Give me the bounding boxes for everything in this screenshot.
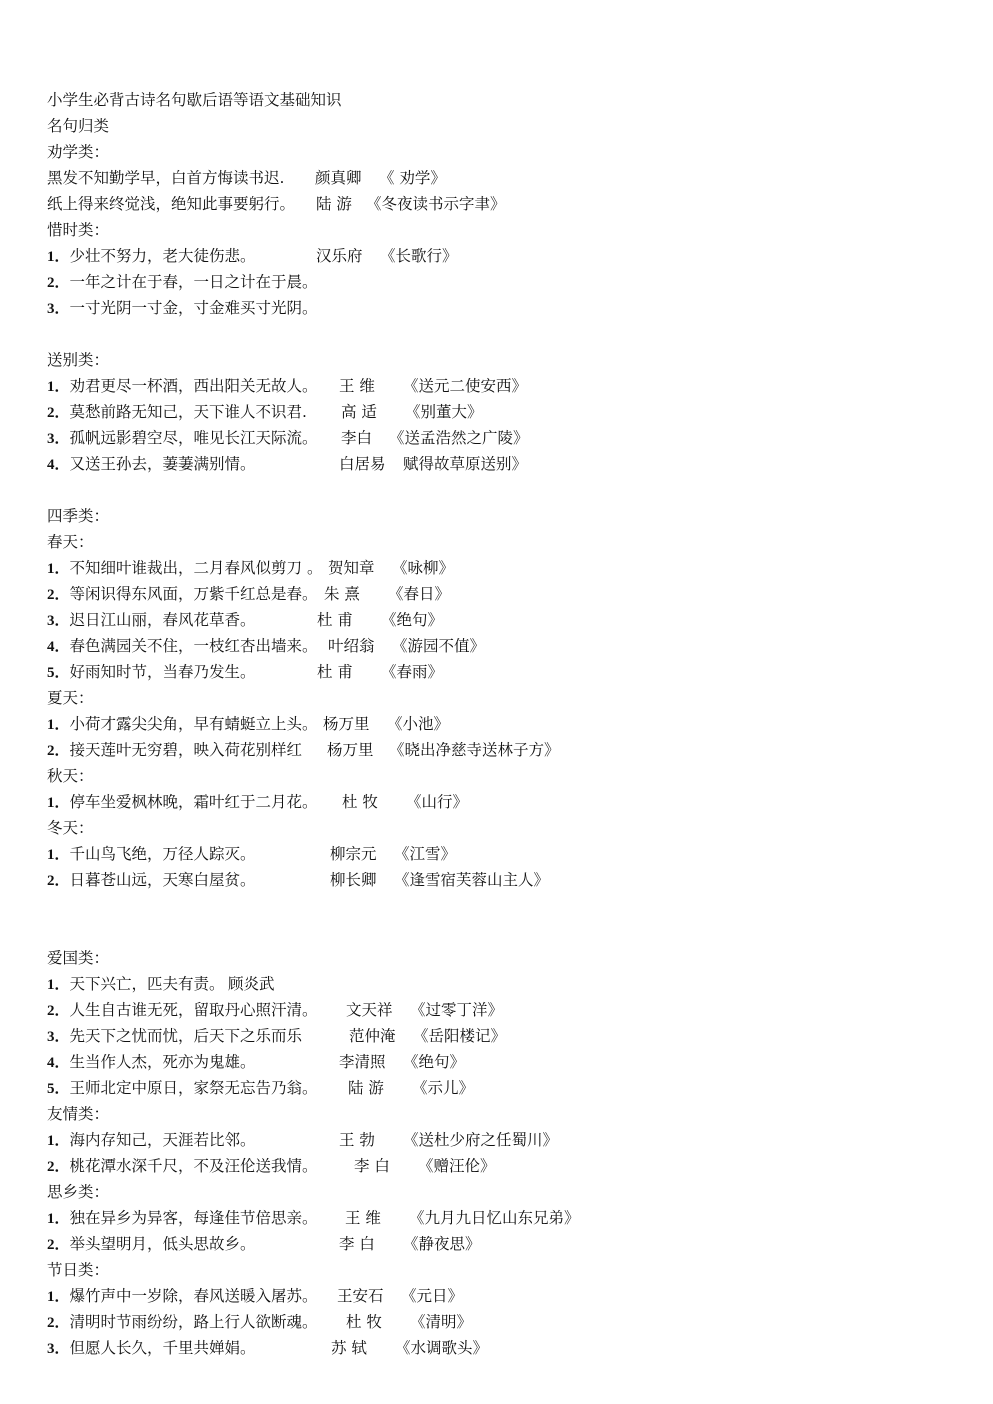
item-number: 2． xyxy=(47,1003,70,1019)
author-name: 杜 牧 xyxy=(346,1310,382,1334)
poem-line: 黑发不知勤学早，白首方悔读书迟.颜真卿《 劝学》 xyxy=(47,166,284,190)
author-name: 叶绍翁 xyxy=(328,634,375,658)
author-name: 杜 甫 xyxy=(317,660,353,684)
item-number: 4． xyxy=(47,457,70,473)
verse-text: 桃花潭水深千尺，不及汪伦送我情。 xyxy=(70,1157,318,1175)
heading-text: 送别类： xyxy=(47,351,109,369)
heading-text: 友情类： xyxy=(47,1105,109,1123)
heading-text: 节日类： xyxy=(47,1261,109,1279)
section-heading: 四季类： xyxy=(47,504,109,528)
poem-line: 纸上得来终觉浅，绝知此事要躬行。陆 游《冬夜读书示字聿》 xyxy=(47,192,295,216)
work-title: 《逢雪宿芙蓉山主人》 xyxy=(394,868,549,892)
subsection-heading: 春天： xyxy=(47,530,94,554)
verse-text: 少壮不努力，老大徒伤悲。 xyxy=(70,247,256,265)
work-title: 《冬夜读书示字聿》 xyxy=(366,192,506,216)
item-number: 2． xyxy=(47,873,70,889)
section-heading: 节日类： xyxy=(47,1258,109,1282)
author-name: 柳宗元 xyxy=(330,842,377,866)
item-number: 3． xyxy=(47,431,70,447)
author-name: 白居易 xyxy=(339,452,386,476)
verse-text: 劝君更尽一杯酒，西出阳关无故人。 xyxy=(70,377,318,395)
verse-text: 等闲识得东风面，万紫千红总是春。 xyxy=(70,585,318,603)
author-name: 杜 甫 xyxy=(317,608,353,632)
item-number: 2． xyxy=(47,587,70,603)
item-number: 1． xyxy=(47,379,70,395)
item-number: 1． xyxy=(47,847,70,863)
work-title: 《送杜少府之任蜀川》 xyxy=(403,1128,558,1152)
poem-line: 1．少壮不努力，老大徒伤悲。汉乐府《长歌行》 xyxy=(47,244,256,268)
heading-text: 爱国类： xyxy=(47,949,109,967)
item-number: 1． xyxy=(47,561,70,577)
work-title: 《别董大》 xyxy=(405,400,483,424)
verse-text: 一年之计在于春，一日之计在于晨。 xyxy=(70,273,318,291)
item-number: 2． xyxy=(47,1159,70,1175)
subsection-heading: 冬天： xyxy=(47,816,94,840)
poem-line: 3．但愿人长久，千里共婵娟。苏 轼《水调歌头》 xyxy=(47,1336,256,1360)
item-number: 3． xyxy=(47,301,70,317)
poem-line: 1．独在异乡为异客，每逢佳节倍思亲。王 维《九月九日忆山东兄弟》 xyxy=(47,1206,318,1230)
poem-line: 2．日暮苍山远，天寒白屋贫。柳长卿《逢雪宿芙蓉山主人》 xyxy=(47,868,256,892)
author-name: 苏 轼 xyxy=(331,1336,367,1360)
work-title: 《春雨》 xyxy=(381,660,443,684)
work-title: 《送元二使安西》 xyxy=(403,374,527,398)
work-title: 《清明》 xyxy=(410,1310,472,1334)
section-heading: 送别类： xyxy=(47,348,109,372)
poem-line: 1．海内存知己，天涯若比邻。王 勃《送杜少府之任蜀川》 xyxy=(47,1128,256,1152)
author-name: 李 白 xyxy=(339,1232,375,1256)
poem-line: 3．迟日江山丽，春风花草香。杜 甫《绝句》 xyxy=(47,608,256,632)
verse-text: 千山鸟飞绝，万径人踪灭。 xyxy=(70,845,256,863)
work-title: 赋得故草原送别》 xyxy=(403,452,527,476)
subtitle: 名句归类 xyxy=(47,114,109,138)
item-number: 1． xyxy=(47,1211,70,1227)
heading-text: 四季类： xyxy=(47,507,109,525)
section-heading: 思乡类： xyxy=(47,1180,109,1204)
verse-text: 孤帆远影碧空尽，唯见长江天际流。 xyxy=(70,429,318,447)
item-number: 1． xyxy=(47,977,70,993)
item-number: 2． xyxy=(47,405,70,421)
verse-text: 王师北定中原日，家祭无忘告乃翁。 xyxy=(70,1079,318,1097)
poem-line: 1．停车坐爱枫林晚，霜叶红于二月花。杜 牧《山行》 xyxy=(47,790,318,814)
verse-text: 好雨知时节，当春乃发生。 xyxy=(70,663,256,681)
author-name: 贺知章 xyxy=(328,556,375,580)
work-title: 《静夜思》 xyxy=(403,1232,481,1256)
item-number: 1． xyxy=(47,717,70,733)
poem-line: 2．等闲识得东风面，万紫千红总是春。朱 熹《春日》 xyxy=(47,582,318,606)
verse-text: 黑发不知勤学早，白首方悔读书迟. xyxy=(47,169,284,187)
author-name: 陆 游 xyxy=(316,192,352,216)
section-heading: 惜时类： xyxy=(47,218,109,242)
verse-text: 独在异乡为异客，每逢佳节倍思亲。 xyxy=(70,1209,318,1227)
work-title: 《绝句》 xyxy=(403,1050,465,1074)
poem-line: 1．小荷才露尖尖角，早有蜻蜓立上头。杨万里《小池》 xyxy=(47,712,318,736)
work-title: 《九月九日忆山东兄弟》 xyxy=(409,1206,580,1230)
author-name: 王 勃 xyxy=(339,1128,375,1152)
verse-text: 生当作人杰，死亦为鬼雄。 xyxy=(70,1053,256,1071)
work-title: 《山行》 xyxy=(406,790,468,814)
item-number: 2． xyxy=(47,1237,70,1253)
work-title: 《绝句》 xyxy=(381,608,443,632)
verse-text: 迟日江山丽，春风花草香。 xyxy=(70,611,256,629)
document-title: 小学生必背古诗名句歇后语等语文基础知识 xyxy=(47,88,342,112)
heading-text: 劝学类： xyxy=(47,143,109,161)
work-title: 《 劝学》 xyxy=(379,166,446,190)
author-name: 朱 熹 xyxy=(324,582,360,606)
subheading-text: 秋天： xyxy=(47,767,94,785)
work-title: 《晓出净慈寺送林子方》 xyxy=(389,738,560,762)
poem-line: 2．举头望明月，低头思故乡。李 白《静夜思》 xyxy=(47,1232,256,1256)
author-name: 李 白 xyxy=(354,1154,390,1178)
poem-line: 2．清明时节雨纷纷，路上行人欲断魂。杜 牧《清明》 xyxy=(47,1310,318,1334)
verse-text: 清明时节雨纷纷，路上行人欲断魂。 xyxy=(70,1313,318,1331)
author-name: 陆 游 xyxy=(348,1076,384,1100)
author-name: 杨万里 xyxy=(323,712,370,736)
heading-text: 惜时类： xyxy=(47,221,109,239)
author-name: 范仲淹 xyxy=(349,1024,396,1048)
poem-line: 3．孤帆远影碧空尽，唯见长江天际流。李白《送孟浩然之广陵》 xyxy=(47,426,318,450)
author-name: 杜 牧 xyxy=(342,790,378,814)
poem-line: 4．又送王孙去，萋萋满别情。白居易赋得故草原送别》 xyxy=(47,452,256,476)
item-number: 4． xyxy=(47,639,70,655)
item-number: 3． xyxy=(47,1029,70,1045)
work-title: 《示儿》 xyxy=(412,1076,474,1100)
author-name: 汉乐府 xyxy=(316,244,363,268)
subheading-text: 夏天： xyxy=(47,689,94,707)
item-number: 5． xyxy=(47,665,70,681)
verse-text: 日暮苍山远，天寒白屋贫。 xyxy=(70,871,256,889)
work-title: 《春日》 xyxy=(388,582,450,606)
verse-text: 不知细叶谁裁出，二月春风似剪刀 。 xyxy=(70,559,323,577)
work-title: 《水调歌头》 xyxy=(395,1336,488,1360)
item-number: 1． xyxy=(47,1289,70,1305)
work-title: 《小池》 xyxy=(387,712,449,736)
author-name: 王 维 xyxy=(339,374,375,398)
poem-line: 1．劝君更尽一杯酒，西出阳关无故人。王 维《送元二使安西》 xyxy=(47,374,318,398)
poem-line: 4．生当作人杰，死亦为鬼雄。李清照《绝句》 xyxy=(47,1050,256,1074)
item-number: 1． xyxy=(47,249,70,265)
verse-text: 小荷才露尖尖角，早有蜻蜓立上头。 xyxy=(70,715,318,733)
poem-line: 4．春色满园关不住，一枝红杏出墙来。叶绍翁《游园不值》 xyxy=(47,634,318,658)
item-number: 4． xyxy=(47,1055,70,1071)
poem-line: 3．一寸光阴一寸金，寸金难买寸光阴。 xyxy=(47,296,318,320)
verse-text: 一寸光阴一寸金，寸金难买寸光阴。 xyxy=(70,299,318,317)
poem-line: 5．好雨知时节，当春乃发生。杜 甫《春雨》 xyxy=(47,660,256,684)
poem-line: 2．桃花潭水深千尺，不及汪伦送我情。李 白《赠汪伦》 xyxy=(47,1154,318,1178)
item-number: 2． xyxy=(47,743,70,759)
section-heading: 劝学类： xyxy=(47,140,109,164)
author-name: 柳长卿 xyxy=(330,868,377,892)
verse-text: 天下兴亡，匹夫有责。 xyxy=(70,975,225,993)
work-title: 《岳阳楼记》 xyxy=(413,1024,506,1048)
poem-line: 2．接天莲叶无穷碧，映入荷花别样红杨万里《晓出净慈寺送林子方》 xyxy=(47,738,302,762)
verse-text: 停车坐爱枫林晚，霜叶红于二月花。 xyxy=(70,793,318,811)
author-name: 高 适 xyxy=(341,400,377,424)
item-number: 3． xyxy=(47,613,70,629)
work-title: 《咏柳》 xyxy=(392,556,454,580)
poem-line: 1．爆竹声中一岁除，春风送暖入屠苏。王安石《元日》 xyxy=(47,1284,318,1308)
verse-text: 人生自古谁无死，留取丹心照汗清。 xyxy=(70,1001,318,1019)
verse-text: 先天下之忧而忧，后天下之乐而乐 xyxy=(70,1027,303,1045)
poem-line: 1．天下兴亡，匹夫有责。顾炎武 xyxy=(47,972,225,996)
verse-text: 莫愁前路无知己，天下谁人不识君. xyxy=(70,403,307,421)
work-title: 《元日》 xyxy=(401,1284,463,1308)
verse-text: 纸上得来终觉浅，绝知此事要躬行。 xyxy=(47,195,295,213)
subheading-text: 春天： xyxy=(47,533,94,551)
work-title: 《过零丁洋》 xyxy=(410,998,503,1022)
subsection-heading: 秋天： xyxy=(47,764,94,788)
subsection-heading: 夏天： xyxy=(47,686,94,710)
item-number: 2． xyxy=(47,275,70,291)
poem-line: 1．千山鸟飞绝，万径人踪灭。柳宗元《江雪》 xyxy=(47,842,256,866)
author-name: 杨万里 xyxy=(327,738,374,762)
poem-line: 2．莫愁前路无知己，天下谁人不识君.高 适《别董大》 xyxy=(47,400,307,424)
subheading-text: 冬天： xyxy=(47,819,94,837)
verse-text: 但愿人长久，千里共婵娟。 xyxy=(70,1339,256,1357)
author-name: 王安石 xyxy=(337,1284,384,1308)
section-heading: 爱国类： xyxy=(47,946,109,970)
work-title: 《长歌行》 xyxy=(380,244,458,268)
author-name: 王 维 xyxy=(345,1206,381,1230)
item-number: 2． xyxy=(47,1315,70,1331)
verse-text: 接天莲叶无穷碧，映入荷花别样红 xyxy=(70,741,303,759)
verse-text: 春色满园关不住，一枝红杏出墙来。 xyxy=(70,637,318,655)
poem-line: 3．先天下之忧而忧，后天下之乐而乐范仲淹《岳阳楼记》 xyxy=(47,1024,302,1048)
verse-text: 海内存知己，天涯若比邻。 xyxy=(70,1131,256,1149)
work-title: 《游园不值》 xyxy=(392,634,485,658)
poem-line: 2．人生自古谁无死，留取丹心照汗清。文天祥《过零丁洋》 xyxy=(47,998,318,1022)
author-name: 李清照 xyxy=(339,1050,386,1074)
author-name: 顾炎武 xyxy=(228,972,275,996)
title-text: 小学生必背古诗名句歇后语等语文基础知识 xyxy=(47,91,342,109)
item-number: 3． xyxy=(47,1341,70,1357)
work-title: 《赠汪伦》 xyxy=(418,1154,496,1178)
poem-line: 2．一年之计在于春，一日之计在于晨。 xyxy=(47,270,318,294)
verse-text: 爆竹声中一岁除，春风送暖入屠苏。 xyxy=(70,1287,318,1305)
verse-text: 又送王孙去，萋萋满别情。 xyxy=(70,455,256,473)
item-number: 1． xyxy=(47,1133,70,1149)
section-heading: 友情类： xyxy=(47,1102,109,1126)
subtitle-text: 名句归类 xyxy=(47,117,109,135)
author-name: 李白 xyxy=(341,426,372,450)
poem-line: 5．王师北定中原日，家祭无忘告乃翁。陆 游《示儿》 xyxy=(47,1076,318,1100)
poem-line: 1．不知细叶谁裁出，二月春风似剪刀 。贺知章《咏柳》 xyxy=(47,556,322,580)
work-title: 《江雪》 xyxy=(394,842,456,866)
item-number: 5． xyxy=(47,1081,70,1097)
author-name: 文天祥 xyxy=(346,998,393,1022)
work-title: 《送孟浩然之广陵》 xyxy=(389,426,529,450)
verse-text: 举头望明月，低头思故乡。 xyxy=(70,1235,256,1253)
item-number: 1． xyxy=(47,795,70,811)
heading-text: 思乡类： xyxy=(47,1183,109,1201)
author-name: 颜真卿 xyxy=(315,166,362,190)
